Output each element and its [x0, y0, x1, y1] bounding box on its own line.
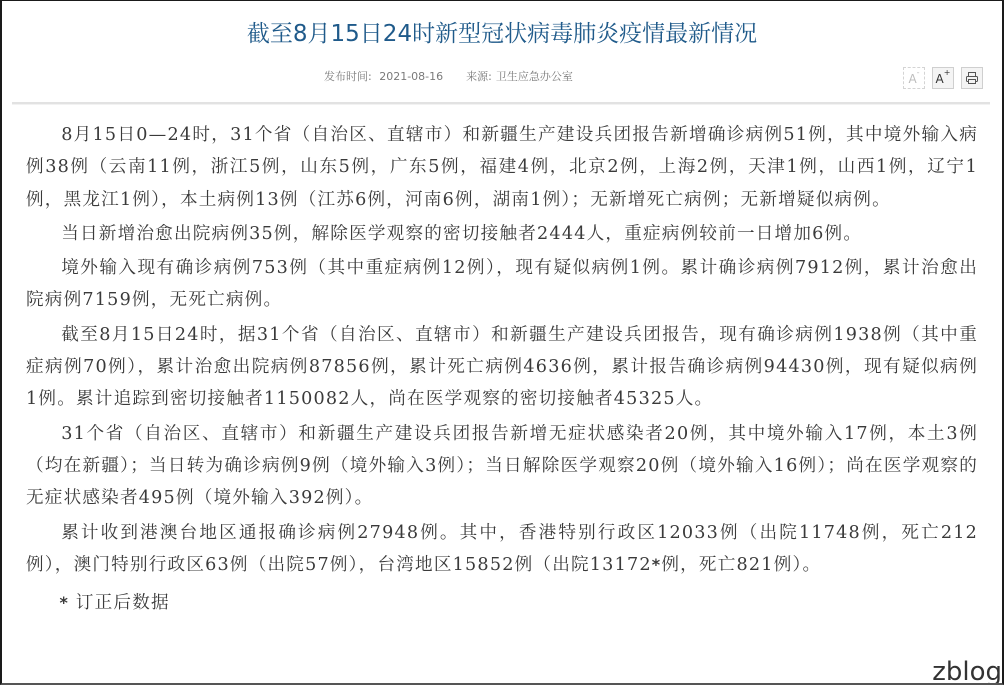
print-icon	[965, 71, 979, 85]
font-increase-button[interactable]: A+	[932, 67, 954, 89]
paragraph-cumulative: 截至8月15日24时，据31个省（自治区、直辖市）和新疆生产建设兵团报告，现有确…	[26, 319, 978, 416]
watermark: zblog	[926, 657, 1002, 685]
paragraph-hk-macao-taiwan: 累计收到港澳台地区通报确诊病例27948例。其中，香港特别行政区12033例（出…	[26, 517, 978, 582]
print-button[interactable]	[961, 67, 983, 89]
source-label: 来源:	[466, 70, 492, 83]
header-divider	[12, 102, 990, 105]
article-toolbar: A- A+	[903, 67, 983, 89]
footnote: * 订正后数据	[26, 587, 978, 619]
page-title: 截至8月15日24时新型冠状病毒肺炎疫情最新情况	[2, 15, 1002, 48]
publish-date: 2021-08-16	[379, 70, 443, 83]
paragraph-asymptomatic: 31个省（自治区、直辖市）和新疆生产建设兵团报告新增无症状感染者20例，其中境外…	[26, 418, 978, 515]
article-meta: 发布时间: 2021-08-16 来源:卫生应急办公室	[324, 68, 577, 84]
paragraph-new-cases: 8月15日0—24时，31个省（自治区、直辖市）和新疆生产建设兵团报告新增确诊病…	[26, 119, 978, 216]
footnote-marker: *	[652, 555, 662, 574]
paragraph-recoveries: 当日新增治愈出院病例35例，解除医学观察的密切接触者2444人，重症病例较前一日…	[26, 218, 978, 250]
article-header: 截至8月15日24时新型冠状病毒肺炎疫情最新情况 发布时间: 2021-08-1…	[2, 1, 1002, 103]
paragraph-imported-cases: 境外输入现有确诊病例753例（其中重症病例12例），现有疑似病例1例。累计确诊病…	[26, 252, 978, 317]
source-name: 卫生应急办公室	[496, 70, 573, 83]
publish-label: 发布时间:	[324, 70, 372, 83]
footnote-star: *	[59, 593, 69, 612]
font-decrease-icon: A-	[908, 71, 919, 86]
font-decrease-button[interactable]: A-	[903, 67, 925, 89]
font-increase-icon: A+	[936, 71, 951, 86]
footnote-text: 订正后数据	[69, 593, 170, 613]
article-body: 8月15日0—24时，31个省（自治区、直辖市）和新疆生产建设兵团报告新增确诊病…	[26, 119, 978, 621]
